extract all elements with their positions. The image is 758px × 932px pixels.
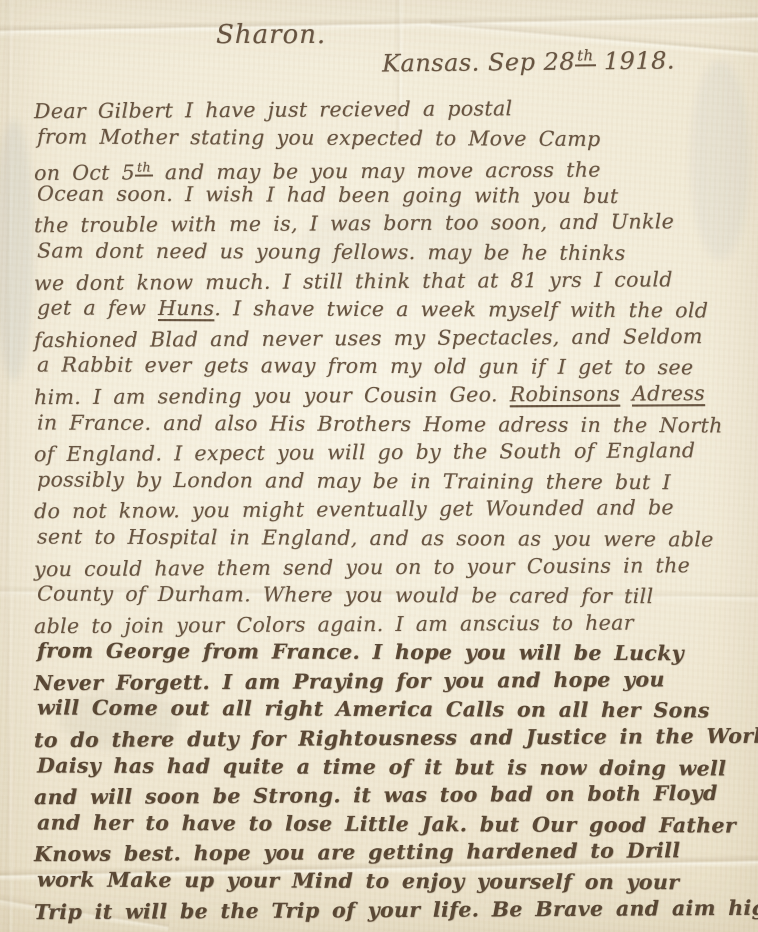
letter-line: on Oct 5th and may be you may move acros… — [34, 150, 750, 183]
letter-line: Trip it will be the Trip of your life. B… — [34, 893, 750, 926]
underlined-word: Huns — [158, 296, 214, 320]
underlined-word: Adress — [632, 381, 705, 405]
letter-line: him. I am sending you your Cousin Geo. R… — [34, 379, 750, 412]
paper-crease — [0, 11, 758, 37]
line-text: . I shave twice a week myself with the o… — [214, 296, 708, 322]
line-text: get a few — [37, 296, 158, 321]
superscript: th — [135, 160, 153, 177]
letter-line: you could have them send you on to your … — [34, 550, 750, 583]
letter-line: able to join your Colors again. I am ans… — [34, 608, 750, 641]
line-text: him. I am sending you your Cousin Geo. — [34, 382, 510, 409]
letter-line: do not know. you might eventually get Wo… — [34, 493, 750, 526]
line-text: fashioned Blad and never uses my Spectac… — [34, 324, 703, 352]
letter-line: the trouble with me is, I was born too s… — [34, 207, 750, 240]
letter-line: get a few Huns. I shave twice a week mys… — [37, 294, 750, 326]
letter-line: Ocean soon. I wish I had been going with… — [37, 179, 750, 211]
letter-line: Never Forgett. I am Praying for you and … — [34, 665, 750, 698]
letter-line: and will soon be Strong. it was too bad … — [34, 779, 750, 812]
letter-line: to do there duty for Rightousness and Ju… — [34, 722, 750, 755]
line-text: from Mother stating you expected to Move… — [37, 124, 601, 150]
line-text: possibly by London and may be in Trainin… — [37, 467, 671, 494]
line-text: Ocean soon. I wish I had been going with… — [37, 181, 619, 208]
letter-line: Knows best. hope you are getting hardene… — [34, 836, 750, 869]
line-text: Never Forgett. I am Praying for you and … — [34, 667, 665, 695]
line-text: Trip it will be the Trip of your life. B… — [34, 895, 758, 924]
line-text: you could have them send you on to your … — [34, 553, 690, 581]
letter-page: Sharon. Kansas. Sep 28th 1918. Dear Gilb… — [0, 0, 758, 932]
line-text: we dont know much. I still think that at… — [34, 267, 673, 295]
line-text: work Make up your Mind to enjoy yourself… — [37, 867, 679, 894]
line-text: to do there duty for Rightousness and Ju… — [34, 724, 758, 753]
paper-crease — [4, 0, 14, 932]
line-text: County of Durham. Where you would be car… — [37, 582, 653, 609]
line-text: sent to Hospital in England, and as soon… — [37, 524, 714, 551]
letter-line: work Make up your Mind to enjoy yourself… — [37, 865, 750, 897]
line-text: in France. and also His Brothers Home ad… — [37, 410, 723, 437]
letter-line: from George from France. I hope you will… — [37, 637, 750, 669]
letter-line: of England. I expect you will go by the … — [34, 436, 750, 469]
letter-line: sent to Hospital in England, and as soon… — [37, 522, 750, 554]
line-text — [620, 381, 632, 405]
letter-line: fashioned Blad and never uses my Spectac… — [34, 322, 750, 355]
letter-line: and her to have to lose Little Jak. but … — [37, 808, 750, 840]
line-text: a Rabbit ever gets away from my old gun … — [37, 353, 694, 380]
line-text: Dear Gilbert I have just recieved a post… — [34, 96, 513, 123]
line-text: Sam dont need us young fellows. may be h… — [37, 238, 626, 265]
letter-line: a Rabbit ever gets away from my old gun … — [37, 351, 750, 383]
line-text: able to join your Colors again. I am ans… — [34, 610, 634, 638]
line-text: the trouble with me is, I was born too s… — [34, 210, 674, 238]
line-text: and her to have to lose Little Jak. but … — [37, 810, 736, 837]
letter-line: Daisy has had quite a time of it but is … — [37, 751, 750, 783]
letter-line: Dear Gilbert I have just recieved a post… — [34, 93, 750, 126]
letter-place: Sharon. — [216, 20, 326, 50]
line-text: do not know. you might eventually get Wo… — [34, 496, 674, 524]
date-suffix: 1918. — [595, 46, 675, 75]
place-text: Sharon. — [216, 20, 326, 50]
date-prefix: Kansas. Sep 28 — [382, 48, 575, 78]
letter-line: County of Durham. Where you would be car… — [37, 580, 750, 612]
date-ordinal-superscript: th — [575, 46, 596, 66]
letter-line: possibly by London and may be in Trainin… — [37, 465, 750, 497]
letter-line: we dont know much. I still think that at… — [34, 264, 750, 297]
line-text: Daisy has had quite a time of it but is … — [37, 753, 726, 780]
bleed-through-mark — [0, 120, 34, 380]
letter-line: Sam dont need us young fellows. may be h… — [37, 236, 750, 268]
line-text: of England. I expect you will go by the … — [34, 438, 695, 466]
letter-body: Dear Gilbert I have just recieved a post… — [34, 95, 750, 924]
line-text: will Come out all right America Calls on… — [37, 696, 710, 723]
line-text: from George from France. I hope you will… — [37, 639, 684, 666]
letter-line: will Come out all right America Calls on… — [37, 694, 750, 726]
underlined-word: Robinsons — [510, 382, 621, 407]
line-text: Knows best. hope you are getting hardene… — [34, 839, 680, 867]
letter-line: in France. and also His Brothers Home ad… — [37, 408, 750, 440]
line-text: and will soon be Strong. it was too bad … — [34, 781, 718, 809]
letter-line: from Mother stating you expected to Move… — [37, 122, 750, 154]
letter-dateline: Kansas. Sep 28th 1918. — [382, 45, 675, 77]
